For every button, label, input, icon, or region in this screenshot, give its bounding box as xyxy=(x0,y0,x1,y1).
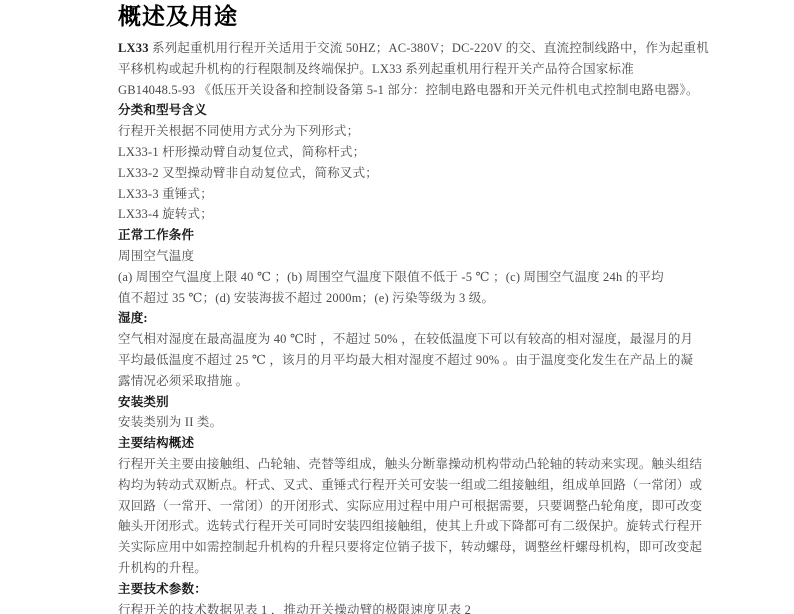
section-heading-structure-overview: 主要结构概述 xyxy=(118,433,718,454)
intro-line-1-text: 系列起重机用行程开关适用于交流 50HZ；AC-380V；DC-220V 的交、… xyxy=(149,41,709,55)
body-line: 行程开关根据不同使用方式分为下列形式； xyxy=(118,121,718,142)
body-line: 值不超过 35 ℃；(d) 安装海拔不超过 2000m；(e) 污染等级为 3 … xyxy=(118,288,718,309)
intro-line-1: LX33 系列起重机用行程开关适用于交流 50HZ；AC-380V；DC-220… xyxy=(118,38,718,59)
body-line: 构均为转动式双断点。杆式、叉式、重锤式行程开关可安装一组或二组接触组，组成单回路… xyxy=(118,475,718,496)
section-heading-classification: 分类和型号含义 xyxy=(118,100,718,121)
body-line: 行程开关的技术数据见表 1 ，推动开关操动臂的极限速度见表 2 xyxy=(118,600,718,614)
body-line: 周围空气温度 xyxy=(118,246,718,267)
product-model-bold: LX33 xyxy=(118,41,149,55)
body-line: 空气相对湿度在最高温度为 40 ℃时 ，不超过 50% ，在较低温度下可以有较高… xyxy=(118,329,718,350)
body-line: LX33-3 重锤式； xyxy=(118,184,718,205)
intro-line-3: GB14048.5-93 《低压开关设备和控制设备第 5-1 部分：控制电路电器… xyxy=(118,80,718,101)
body-line: (a) 周围空气温度上限 40 ℃ ；(b) 周围空气温度下限值不低于 -5 ℃… xyxy=(118,267,718,288)
body-line: LX33-4 旋转式； xyxy=(118,204,718,225)
document-page: 概述及用途 LX33 系列起重机用行程开关适用于交流 50HZ；AC-380V；… xyxy=(118,3,718,614)
body-line: 升机构的升程。 xyxy=(118,558,718,579)
body-line: LX33-1 杆形操动臂自动复位式，简称杆式； xyxy=(118,142,718,163)
body-line: 安装类别为 II 类。 xyxy=(118,412,718,433)
section-heading-working-conditions: 正常工作条件 xyxy=(118,225,718,246)
section-heading-technical-parameters: 主要技术参数： xyxy=(118,579,718,600)
body-line: 露情况必须采取措施 。 xyxy=(118,371,718,392)
section-heading-installation-category: 安装类别 xyxy=(118,392,718,413)
intro-line-2: 平移机构或起升机构的行程限制及终端保护。LX33 系列起重机用行程开关产品符合国… xyxy=(118,59,718,80)
body-line: LX33-2 叉型操动臂非自动复位式，简称叉式； xyxy=(118,163,718,184)
body-line: 行程开关主要由接触组、凸轮轴、壳替等组成，触头分断靠操动机构带动凸轮轴的转动来实… xyxy=(118,454,718,475)
body-line: 双回路（一常开、一常闭）的开闭形式、实际应用过程中用户可根据需要，只要调整凸轮角… xyxy=(118,496,718,517)
body-line: 平均最低温度不超过 25 ℃ ，该月的月平均最大相对湿度不超过 90% 。由于温… xyxy=(118,350,718,371)
page-title: 概述及用途 xyxy=(118,3,718,31)
body-line: 触头开闭形式。选转式行程开关可同时安装四组接触组，使其上升或下降都可有二级保护。… xyxy=(118,516,718,537)
section-heading-humidity: 湿度: xyxy=(118,308,718,329)
body-line: 关实际应用中如需控制起升机构的升程只要将定位销子拔下，转动螺母，调整丝杆螺母机构… xyxy=(118,537,718,558)
